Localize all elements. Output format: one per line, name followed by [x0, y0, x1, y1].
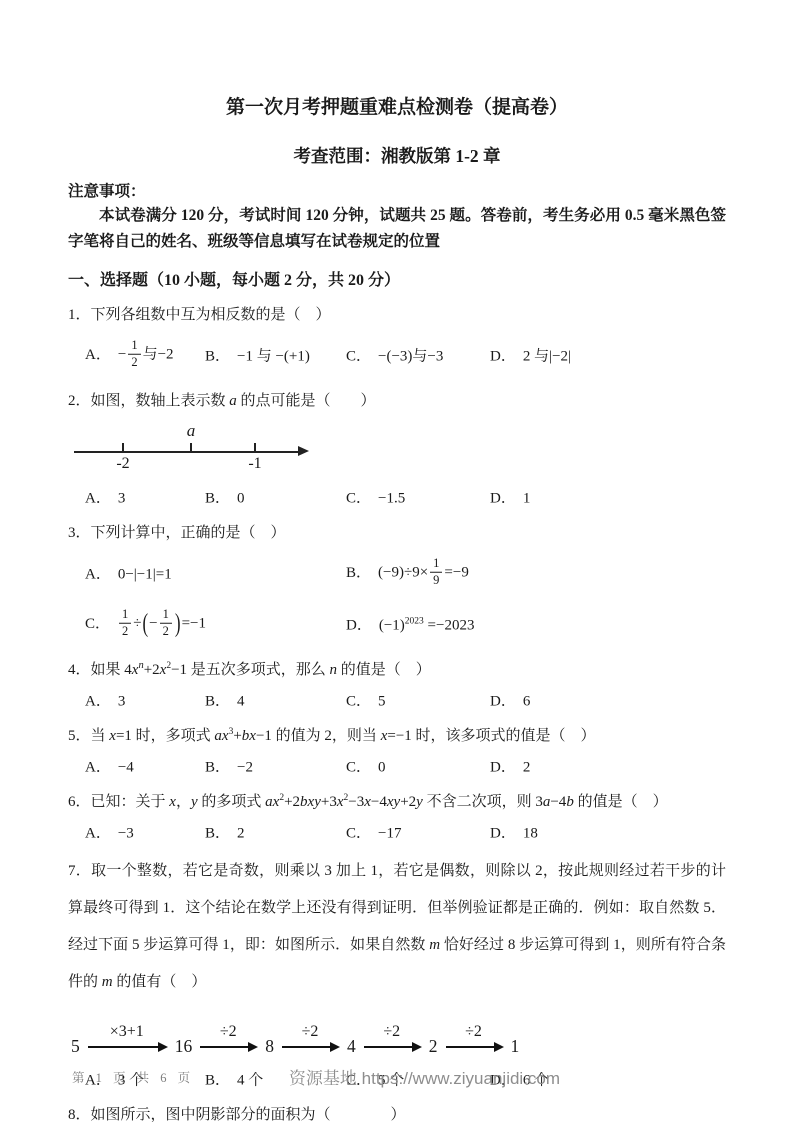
- option-B: B．4: [205, 690, 245, 711]
- arrow-right-icon: ×3+1: [88, 1046, 166, 1048]
- option-letter: D．: [490, 349, 516, 365]
- option-letter: C．: [346, 349, 371, 365]
- option-B: B．0: [205, 487, 245, 508]
- option-A: A．0−|−1|=1: [85, 563, 172, 584]
- option-B: B．−1 与 −(+1): [205, 345, 310, 366]
- section-1-heading: 一、选择题（10 小题，每小题 2 分，共 20 分）: [68, 269, 726, 292]
- option-letter: D．: [490, 760, 516, 776]
- option-A: A．−3: [85, 822, 134, 843]
- question-5-stem: 5．当 x=1 时，多项式 ax3+bx−1 的值为 2，则当 x=−1 时，该…: [68, 724, 726, 748]
- option-D: D．18: [490, 822, 538, 843]
- tick-mark: [122, 443, 124, 452]
- arrow-right-icon: ÷2: [446, 1046, 502, 1048]
- question-7-stem: 7．取一个整数，若它是奇数，则乘以 3 加上 1，若它是偶数，则除以 2，按此规…: [68, 853, 726, 1001]
- diagram-value: 4: [347, 1038, 356, 1056]
- option-letter: D．: [490, 491, 516, 507]
- option-A: A．3: [85, 487, 125, 508]
- option-letter: A．: [85, 491, 111, 507]
- question-1-options: A．−12与−2B．−1 与 −(+1)C．−(−3)与−3D．2 与|−2|: [68, 332, 726, 378]
- question-2-stem: 2．如图，数轴上表示数 a 的点可能是（ ）: [68, 389, 726, 413]
- option-C: C．0: [346, 756, 386, 777]
- arrow-right-icon: ÷2: [364, 1046, 420, 1048]
- tick-label-left: -2: [116, 455, 129, 473]
- option-letter: C．: [346, 760, 371, 776]
- question-3-options-row1: A．0−|−1|=1B．(−9)÷9×19=−9: [68, 550, 726, 596]
- diagram-operation-label: ÷2: [465, 1023, 482, 1041]
- page-title: 第一次月考押题重难点检测卷（提高卷）: [68, 95, 726, 120]
- tick-label-right: -1: [248, 455, 261, 473]
- exam-scope-subtitle: 考查范围：湘教版第 1-2 章: [68, 144, 726, 168]
- option-D: D．2 与|−2|: [490, 345, 571, 366]
- q2-number-line: -2 -1 a: [74, 419, 334, 479]
- question-8-stem: 8．如图所示，图中阴影部分的面积为（ ）: [68, 1103, 726, 1122]
- question-3-stem: 3．下列计算中，正确的是（ ）: [68, 521, 726, 545]
- diagram-operation-label: ÷2: [302, 1023, 319, 1041]
- diagram-value: 2: [429, 1038, 438, 1056]
- option-C: C．12÷(−12)=−1: [85, 609, 206, 640]
- question-6-stem: 6．已知：关于 x，y 的多项式 ax2+2bxy+3x2−3x−4xy+2y …: [68, 790, 726, 814]
- option-C: C．−17: [346, 822, 401, 843]
- option-letter: A．: [85, 760, 111, 776]
- question-4-options: A．3B．4C．5D．6: [68, 687, 726, 713]
- tick-mark: [254, 443, 256, 452]
- option-letter: A．: [85, 826, 111, 842]
- option-letter: A．: [85, 694, 111, 710]
- tick-mark: [190, 443, 192, 452]
- q7-flow-diagram: 5×3+116÷28÷24÷22÷21: [68, 1009, 726, 1061]
- option-C: C．5: [346, 690, 386, 711]
- notice-text: 本试卷满分 120 分，考试时间 120 分钟，试题共 25 题。答卷前，考生务…: [68, 203, 726, 255]
- question-6-options: A．−3B．2C．−17D．18: [68, 819, 726, 845]
- option-A: A．3: [85, 690, 125, 711]
- option-letter: B．: [346, 564, 371, 580]
- option-D: D．6: [490, 690, 530, 711]
- option-letter: C．: [346, 694, 371, 710]
- option-C: C．−1.5: [346, 487, 405, 508]
- option-letter: C．: [346, 491, 371, 507]
- diagram-operation-label: ×3+1: [110, 1023, 144, 1041]
- point-a-label: a: [187, 421, 196, 441]
- question-4-stem: 4．如果 4xn+2x2−1 是五次多项式，那么 n 的值是（ ）: [68, 658, 726, 682]
- option-B: B．(−9)÷9×19=−9: [346, 558, 469, 589]
- diagram-value: 1: [511, 1038, 520, 1056]
- option-C: C．−(−3)与−3: [346, 345, 443, 366]
- option-letter: B．: [205, 491, 230, 507]
- option-letter: D．: [490, 694, 516, 710]
- option-D: D．2: [490, 756, 530, 777]
- notice-heading: 注意事项：: [68, 181, 726, 203]
- option-A: A．−4: [85, 756, 134, 777]
- question-3-options-row2: C．12÷(−12)=−1D．(−1)2023 =−2023: [68, 601, 726, 647]
- footer-site-link[interactable]: 资源基地 https://www.ziyuanjidi.com: [28, 1064, 793, 1089]
- option-letter: D．: [346, 618, 372, 634]
- diagram-value: 5: [71, 1038, 80, 1056]
- option-letter: B．: [205, 349, 230, 365]
- option-letter: A．: [85, 567, 111, 583]
- option-letter: D．: [490, 826, 516, 842]
- option-letter: B．: [205, 826, 230, 842]
- arrow-right-icon: ÷2: [282, 1046, 338, 1048]
- diagram-value: 8: [265, 1038, 274, 1056]
- option-A: A．−12与−2: [85, 340, 174, 371]
- diagram-value: 16: [175, 1038, 193, 1056]
- question-2-options: A．3B．0C．−1.5D．1: [68, 484, 726, 510]
- option-letter: C．: [85, 615, 110, 631]
- arrow-right-icon: ÷2: [200, 1046, 256, 1048]
- option-B: B．2: [205, 822, 245, 843]
- option-letter: C．: [346, 826, 371, 842]
- option-letter: A．: [85, 346, 111, 362]
- option-letter: B．: [205, 694, 230, 710]
- option-D: D．(−1)2023 =−2023: [346, 614, 474, 635]
- axis-arrow-icon: [298, 446, 309, 456]
- option-B: B．−2: [205, 756, 253, 777]
- question-5-options: A．−4B．−2C．0D．2: [68, 753, 726, 779]
- option-D: D．1: [490, 487, 530, 508]
- question-1-stem: 1．下列各组数中互为相反数的是（ ）: [68, 303, 726, 327]
- diagram-operation-label: ÷2: [220, 1023, 237, 1041]
- number-line-axis: [74, 451, 300, 453]
- option-letter: B．: [205, 760, 230, 776]
- exam-page: 第一次月考押题重难点检测卷（提高卷） 考查范围：湘教版第 1-2 章 注意事项：…: [68, 0, 726, 1122]
- diagram-operation-label: ÷2: [383, 1023, 400, 1041]
